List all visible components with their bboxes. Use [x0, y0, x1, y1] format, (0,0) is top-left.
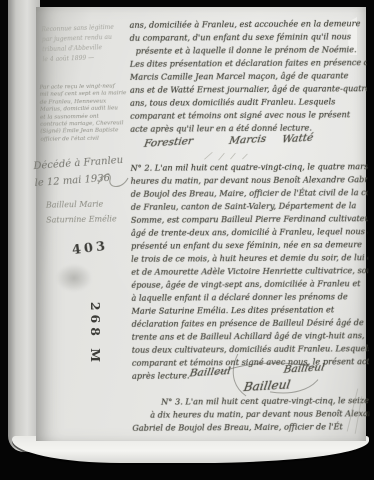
margin-ink-note: Par acte reçu le vingt-neuf mil neuf cen…	[39, 83, 127, 144]
margin-pencil-note: Reconnue sans légitime par jugement rend…	[41, 23, 115, 66]
acte-line: épouse, âgée de vingt-sept ans, domicili…	[131, 278, 360, 291]
margin-name-note: Bailleul Marie Saturnine Emélie	[46, 196, 117, 227]
register-scan: Reconnue sans légitime par jugement rend…	[0, 0, 374, 480]
acte-line: trente ans et de Bailleul Achillard âgé …	[132, 330, 365, 343]
acte-line: ans, domiciliée à Franleu, est accouchée…	[129, 18, 360, 31]
acte-line: Marie Saturine Emélia. Les dites présent…	[131, 304, 334, 316]
acte-line: de Boujol des Breau, Maire, officier de …	[131, 187, 370, 200]
acte-line: présenté un enfant du sexe féminin, née …	[131, 239, 362, 252]
signature-flourish	[212, 351, 322, 398]
acte-line: présente et à laquelle il donne le préno…	[136, 44, 357, 57]
acte-line: Les dites présentation et déclaration fa…	[130, 57, 370, 70]
acte-line: N° 2. L'an mil huit cent quatre-vingt-ci…	[130, 161, 369, 174]
acte-line: âgé de trente-deux ans, domicilié à Fran…	[131, 226, 370, 239]
acte-line: N° 3. L'an mil huit cent quatre-vingt-ci…	[161, 395, 370, 408]
acte-line: et de Amourette Adèle Victoire Henriette…	[131, 265, 369, 278]
margin-note-line: Bailleul Marie	[46, 196, 117, 212]
acte-line: à laquelle enfant il a déclaré donner le…	[131, 291, 347, 304]
acte-line: le trois de ce mois, à huit heures et de…	[131, 252, 370, 265]
acte-line: ans, tous deux domiciliés audit Franleu.…	[130, 96, 335, 108]
archive-cote-stamp: 268 M	[87, 294, 103, 374]
acte-line: déclaration faites en présence de Baille…	[132, 317, 364, 330]
acte-line: après lecture.	[132, 370, 190, 381]
ink-smudge-stamp	[56, 264, 92, 292]
paraph-flourish	[96, 170, 130, 192]
manuscript-text: ans, domiciliée à Franleu, est accouchée…	[129, 0, 369, 480]
margin-note-line: Saturnine Emélie	[46, 211, 117, 227]
acte-line: Somme, est comparu Bailleul Pierre Ferdi…	[131, 213, 370, 226]
acte-line: de Franleu, canton de Saint-Valery, Dépa…	[131, 200, 357, 213]
acte-line: du comparant, d'un enfant du sexe fémini…	[130, 31, 352, 44]
signature: Forestier	[143, 135, 194, 150]
acte-line: Marcis Camille Jean Marcel maçon, âgé de…	[130, 70, 349, 83]
signature: Watté	[281, 132, 314, 146]
acte-line: heures du matin, par devant nous Benoît …	[131, 174, 370, 187]
pencil-scribble	[202, 150, 262, 162]
acte-line: ans et de Watté Ernest journalier, âgé d…	[130, 83, 370, 96]
acte-line: Gabriel de Boujol des Breau, Maire, offi…	[132, 421, 343, 433]
acte-line: comparant et témoins ont signé avec nous…	[130, 109, 350, 122]
acte-line: à dix heures du matin, par devant nous B…	[150, 408, 369, 421]
signature: Marcis	[228, 133, 267, 147]
margin-note-line: officier de l'état civil	[40, 135, 127, 144]
